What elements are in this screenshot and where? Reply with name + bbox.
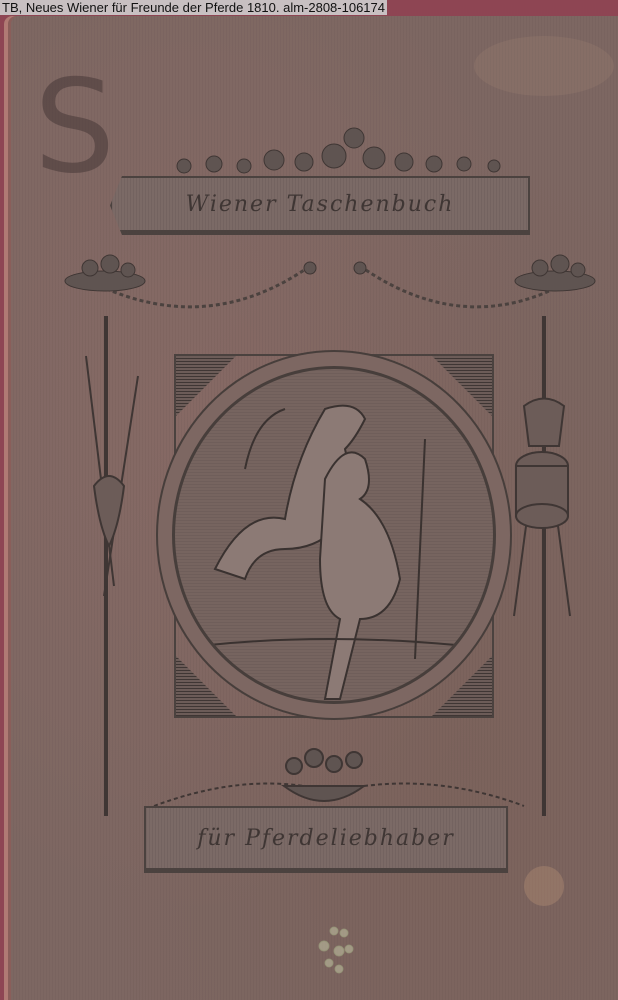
subtitle-cartouche: für Pferdeliebhaber bbox=[144, 806, 508, 873]
corner-ornament bbox=[176, 656, 236, 716]
cover-title: Wiener Taschenbuch bbox=[186, 192, 455, 217]
cover-subtitle: für Pferdeliebhaber bbox=[197, 826, 454, 851]
bottom-floral-stain bbox=[304, 921, 374, 981]
left-trophy-ornament bbox=[74, 346, 144, 606]
book-cover: S Wiener Taschenbuch bbox=[4, 16, 618, 1000]
right-trophy-ornament bbox=[504, 366, 584, 626]
corner-ornament bbox=[432, 656, 492, 716]
watermark-letter: S bbox=[34, 64, 115, 192]
bottom-urn-ornament bbox=[134, 736, 534, 816]
swag-garland-ornament bbox=[60, 246, 618, 336]
horse-and-warrior-engraving bbox=[175, 369, 493, 701]
central-medallion bbox=[172, 366, 496, 704]
top-garland-ornament bbox=[144, 116, 524, 178]
paper-stain bbox=[474, 36, 614, 96]
corner-ornament bbox=[432, 356, 492, 416]
image-caption: TB, Neues Wiener für Freunde der Pferde … bbox=[0, 0, 387, 15]
title-cartouche: Wiener Taschenbuch bbox=[110, 176, 530, 235]
paper-stain bbox=[524, 866, 564, 906]
